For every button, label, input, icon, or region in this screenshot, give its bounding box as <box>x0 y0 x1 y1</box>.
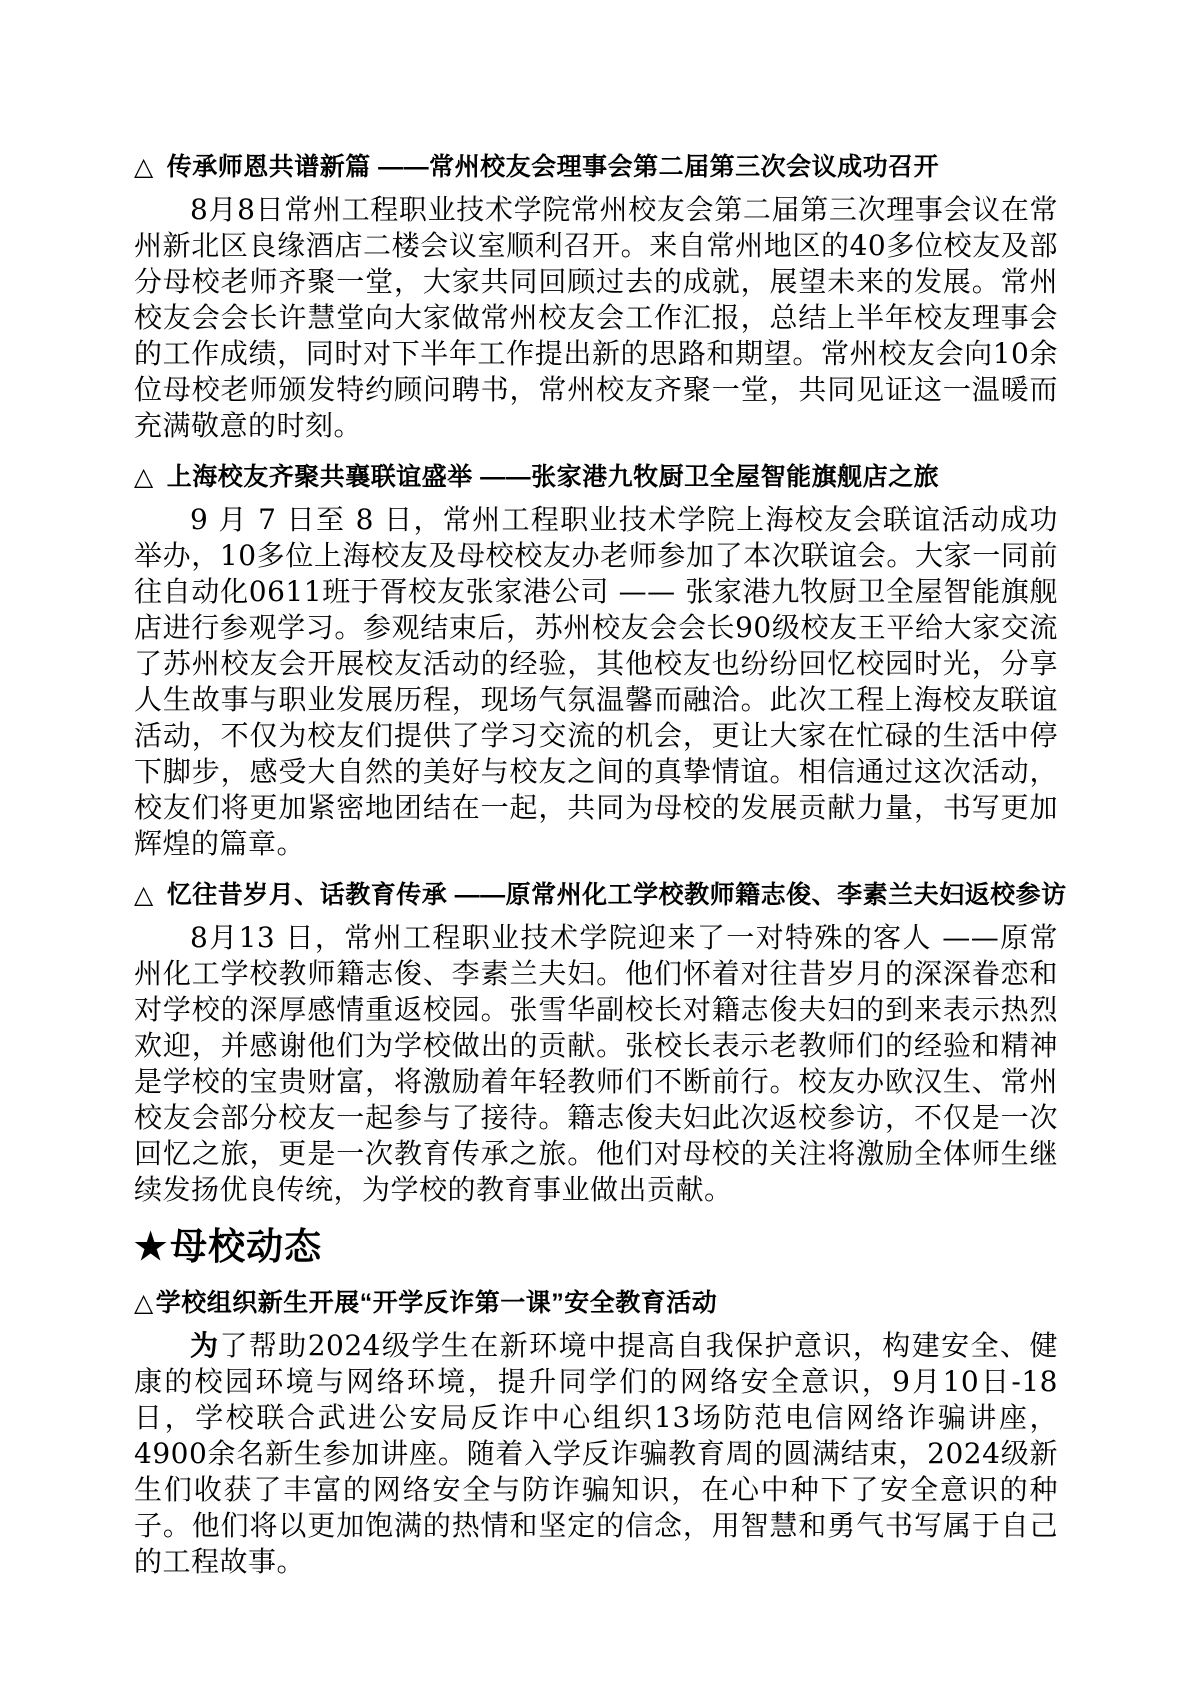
article-1-heading: △传承师恩共谱新篇 ——常州校友会理事会第二届第三次会议成功召开 <box>134 150 1058 184</box>
article-4-paragraph: 为了帮助2024级学生在新环境中提高自我保护意识，构建安全、健康的校园环境与网络… <box>134 1328 1058 1580</box>
section-heading-campus-news: ★母校动态 <box>134 1222 1058 1270</box>
triangle-icon: △ <box>134 460 154 494</box>
article-3-paragraph: 8月13 日，常州工程职业技术学院迎来了一对特殊的客人 ——原常州化工学校教师籍… <box>134 920 1058 1208</box>
article-2-title: 上海校友齐聚共襄联谊盛举 ——张家港九牧厨卫全屋智能旗舰店之旅 <box>167 463 939 491</box>
triangle-icon: △ <box>134 1286 154 1320</box>
article-2-paragraph: 9 月 7 日至 8 日，常州工程职业技术学院上海校友会联谊活动成功举办，10多… <box>134 502 1058 862</box>
article-4-heading: △学校组织新生开展“开学反诈第一课”安全教育活动 <box>134 1286 1058 1320</box>
document-page: △传承师恩共谱新篇 ——常州校友会理事会第二届第三次会议成功召开 8月8日常州工… <box>0 0 1191 1684</box>
triangle-icon: △ <box>134 878 154 912</box>
article-3-heading: △忆往昔岁月、话教育传承 ——原常州化工学校教师籍志俊、李素兰夫妇返校参访 <box>134 878 1058 912</box>
article-4-title: 学校组织新生开展“开学反诈第一课”安全教育活动 <box>156 1289 718 1317</box>
triangle-icon: △ <box>134 150 154 184</box>
section-title: 母校动态 <box>170 1224 322 1268</box>
article-1-title: 传承师恩共谱新篇 ——常州校友会理事会第二届第三次会议成功召开 <box>167 153 939 181</box>
article-1-paragraph: 8月8日常州工程职业技术学院常州校友会第二届第三次理事会议在常州新北区良缘酒店二… <box>134 192 1058 444</box>
article-4-body-text: 了帮助2024级学生在新环境中提高自我保护意识，构建安全、健康的校园环境与网络环… <box>134 1329 1058 1578</box>
star-icon: ★ <box>134 1222 168 1270</box>
article-3-title: 忆往昔岁月、话教育传承 ——原常州化工学校教师籍志俊、李素兰夫妇返校参访 <box>167 881 1067 909</box>
article-2-heading: △上海校友齐聚共襄联谊盛举 ——张家港九牧厨卫全屋智能旗舰店之旅 <box>134 460 1058 494</box>
article-4-lead-char: 为 <box>190 1329 219 1362</box>
